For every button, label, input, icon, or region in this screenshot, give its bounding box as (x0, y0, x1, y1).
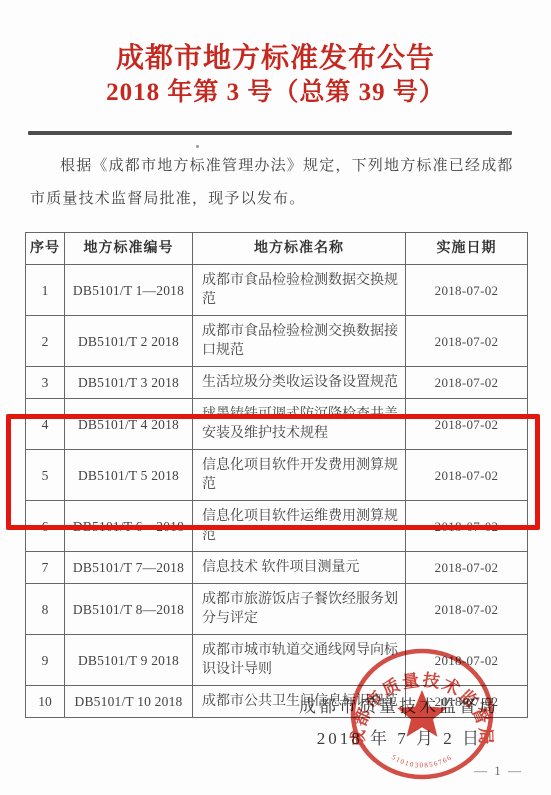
cell-name: 成都市旅游饭店子餐饮经服务划分与评定 (193, 584, 406, 635)
cell-no: 7 (26, 552, 65, 584)
cell-date: 2018-07-02 (406, 501, 528, 552)
table-row: 7DB5101/T 7—2018信息技术 软件项目测量元2018-07-02 (26, 552, 528, 584)
cell-no: 2 (26, 316, 65, 367)
cell-code: DB5101/T 8—2018 (65, 584, 193, 635)
cell-date: 2018-07-02 (406, 265, 528, 316)
cell-no: 5 (26, 450, 65, 501)
cell-name: 球墨铸铁可调式防沉降检查井盖安装及维护技术规程 (193, 399, 406, 450)
seal-star-icon (397, 690, 447, 737)
cell-code: DB5101/T 7—2018 (65, 552, 193, 584)
cell-date: 2018-07-02 (406, 584, 528, 635)
intro-paragraph: 根据《成都市地方标准管理办法》规定，下列地方标准已经成都市质量技术监督局批准，现… (30, 150, 524, 216)
scan-artifact-dot (196, 145, 199, 148)
header-cell-2: 地方标准名称 (193, 233, 406, 265)
divider-rule (28, 131, 512, 135)
table-row: 6DB5101/T 6—2018信息化项目软件运维费用测算规范2018-07-0… (26, 501, 528, 552)
cell-no: 9 (26, 635, 65, 686)
table-row: 1DB5101/T 1—2018成都市食品检验检测数据交换规范2018-07-0… (26, 265, 528, 316)
header-cell-3: 实施日期 (406, 233, 528, 265)
cell-code: DB5101/T 3 2018 (65, 367, 193, 399)
cell-code: DB5101/T 5 2018 (65, 450, 193, 501)
cell-no: 6 (26, 501, 65, 552)
table-header-row: 序号地方标准编号地方标准名称实施日期 (26, 233, 528, 265)
table-row: 8DB5101/T 8—2018成都市旅游饭店子餐饮经服务划分与评定2018-0… (26, 584, 528, 635)
cell-no: 4 (26, 399, 65, 450)
table-row: 3DB5101/T 3 2018生活垃圾分类收运设备设置规范2018-07-02 (26, 367, 528, 399)
cell-name: 成都市食品检验检测交换数据接口规范 (193, 316, 406, 367)
header-cell-1: 地方标准编号 (65, 233, 193, 265)
cell-name: 信息化项目软件开发费用测算规范 (193, 450, 406, 501)
cell-no: 3 (26, 367, 65, 399)
page-number: — 1 — (0, 763, 523, 779)
cell-name: 成都市食品检验检测数据交换规范 (193, 265, 406, 316)
cell-no: 1 (26, 265, 65, 316)
cell-no: 8 (26, 584, 65, 635)
table-row: 2DB5101/T 2 2018成都市食品检验检测交换数据接口规范2018-07… (26, 316, 528, 367)
cell-date: 2018-07-02 (406, 450, 528, 501)
header-cell-0: 序号 (26, 233, 65, 265)
cell-name: 信息化项目软件运维费用测算规范 (193, 501, 406, 552)
cell-code: DB5101/T 4 2018 (65, 399, 193, 450)
cell-name: 信息技术 软件项目测量元 (193, 552, 406, 584)
cell-code: DB5101/T 9 2018 (65, 635, 193, 686)
table-row: 5DB5101/T 5 2018信息化项目软件开发费用测算规范2018-07-0… (26, 450, 528, 501)
cell-date: 2018-07-02 (406, 367, 528, 399)
document-subtitle: 2018 年第 3 号（总第 39 号） (0, 72, 551, 108)
cell-name: 生活垃圾分类收运设备设置规范 (193, 367, 406, 399)
cell-code: DB5101/T 1—2018 (65, 265, 193, 316)
cell-date: 2018-07-02 (406, 316, 528, 367)
cell-date: 2018-07-02 (406, 399, 528, 450)
cell-date: 2018-07-02 (406, 552, 528, 584)
announcement-document: 成都市地方标准发布公告 2018 年第 3 号（总第 39 号） 根据《成都市地… (0, 0, 551, 795)
table-row: 4DB5101/T 4 2018球墨铸铁可调式防沉降检查井盖安装及维护技术规程2… (26, 399, 528, 450)
cell-code: DB5101/T 2 2018 (65, 316, 193, 367)
document-title: 成都市地方标准发布公告 (0, 36, 551, 76)
cell-code: DB5101/T 6—2018 (65, 501, 193, 552)
